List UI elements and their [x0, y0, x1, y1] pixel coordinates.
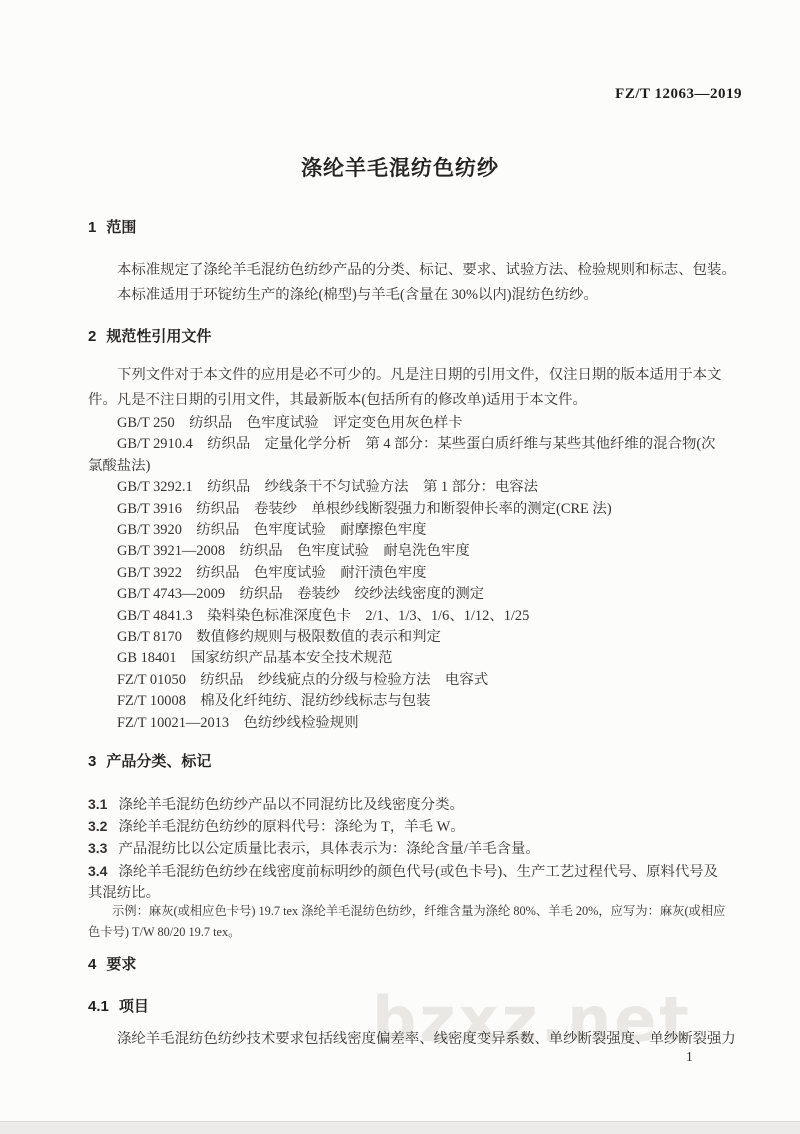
references-list: GB/T 250 纺织品 色牢度试验 评定变色用灰色样卡 GB/T 2910.4… [88, 413, 748, 734]
section-title: 规范性引用文件 [106, 328, 211, 345]
scope-paragraphs: 本标准规定了涤纶羊毛混纺色纺纱产品的分类、标记、要求、试验方法、检验规则和标志、… [88, 258, 748, 308]
scanned-standard-page: { "page": { "standard_code": "FZ/T 12063… [0, 0, 800, 1134]
clause-line: 3.1涤纶羊毛混纺色纺纱产品以不同混纺比及线密度分类。 [88, 794, 748, 816]
section-title: 要求 [106, 956, 136, 973]
clause-line: 3.3产品混纺比以公定质量比表示，具体表示为：涤纶含量/羊毛含量。 [88, 838, 748, 860]
clause-line: 3.4涤纶羊毛混纺色纺纱在线密度前标明纱的颜色代号(或色卡号)、生产工艺过程代号… [88, 861, 748, 883]
section-3-heading: 3产品分类、标记 [88, 751, 211, 773]
reference-item: GB/T 3920 纺织品 色牢度试验 耐摩擦色牢度 [88, 520, 748, 541]
paragraph-line: 本标准适用于环锭纺生产的涤纶(棉型)与羊毛(含量在 30%以内)混纺色纺纱。 [88, 283, 748, 308]
reference-item: GB/T 4841.3 染料染色标准深度色卡 2/1、1/3、1/6、1/12、… [88, 606, 748, 627]
reference-item: GB/T 250 纺织品 色牢度试验 评定变色用灰色样卡 [88, 413, 748, 434]
clause-text: 涤纶羊毛混纺色纺纱产品以不同混纺比及线密度分类。 [118, 797, 463, 813]
example-line: 色卡号) T/W 80/20 19.7 tex。 [88, 922, 748, 943]
section-title: 项目 [119, 998, 149, 1015]
section-2-heading: 2规范性引用文件 [88, 326, 211, 348]
reference-item: FZ/T 10021—2013 色纺纱线检验规则 [88, 713, 748, 734]
document-title: 涤纶羊毛混纺色纺纱 [0, 152, 800, 182]
clause-text: 涤纶羊毛混纺色纺纱在线密度前标明纱的颜色代号(或色卡号)、生产工艺过程代号、原料… [118, 864, 718, 880]
section-number: 1 [88, 217, 96, 239]
reference-item: FZ/T 01050 纺织品 纱线疵点的分级与检验方法 电容式 [88, 670, 748, 691]
clause-number: 3.1 [88, 796, 107, 812]
example-block: 示例：麻灰(或相应色卡号) 19.7 tex 涤纶羊毛混纺色纺纱，纤维含量为涤纶… [88, 901, 748, 943]
section-title: 范围 [106, 219, 136, 236]
page-number: 1 [686, 1049, 693, 1065]
requirements-body: 涤纶羊毛混纺色纺纱技术要求包括线密度偏差率、线密度变异系数、单纱断裂强度、单纱断… [88, 1028, 748, 1050]
reference-item: GB/T 2910.4 纺织品 定量化学分析 第 4 部分：某些蛋白质纤维与某些… [88, 434, 748, 455]
section-1-heading: 1范围 [88, 217, 136, 239]
paragraph-line: 件。凡是不注日期的引用文件，其最新版本(包括所有的修改单)适用于本文件。 [88, 388, 748, 413]
clause-number: 3.2 [88, 818, 107, 834]
clause-text: 涤纶羊毛混纺色纺纱的原料代号：涤纶为 T，羊毛 W。 [118, 819, 464, 835]
reference-item: GB 18401 国家纺织产品基本安全技术规范 [88, 648, 748, 669]
reference-item: GB/T 4743—2009 纺织品 卷装纱 绞纱法线密度的测定 [88, 584, 748, 605]
paragraph-line: 涤纶羊毛混纺色纺纱技术要求包括线密度偏差率、线密度变异系数、单纱断裂强度、单纱断… [88, 1028, 748, 1050]
standard-code: FZ/T 12063—2019 [615, 86, 742, 103]
section-number: 3 [88, 751, 96, 773]
reference-item-continuation: 氯酸盐法) [88, 456, 748, 477]
clause-number: 3.4 [88, 863, 107, 879]
references-intro: 下列文件对于本文件的应用是必不可少的。凡是注日期的引用文件，仅注日期的版本适用于… [88, 363, 748, 413]
section-number: 4.1 [88, 996, 109, 1018]
section-number: 2 [88, 326, 96, 348]
scan-bottom-edge [0, 1121, 800, 1134]
reference-item: GB/T 3292.1 纺织品 纱线条干不匀试验方法 第 1 部分：电容法 [88, 477, 748, 498]
paragraph-line: 本标准规定了涤纶羊毛混纺色纺纱产品的分类、标记、要求、试验方法、检验规则和标志、… [88, 258, 748, 283]
section-title: 产品分类、标记 [106, 753, 211, 770]
reference-item: GB/T 3922 纺织品 色牢度试验 耐汗渍色牢度 [88, 563, 748, 584]
reference-item: FZ/T 10008 棉及化纤纯纺、混纺纱线标志与包装 [88, 691, 748, 712]
clause-line: 3.2涤纶羊毛混纺色纺纱的原料代号：涤纶为 T，羊毛 W。 [88, 816, 748, 838]
reference-item: GB/T 3921—2008 纺织品 色牢度试验 耐皂洗色牢度 [88, 541, 748, 562]
section-number: 4 [88, 954, 96, 976]
section-4-heading: 4要求 [88, 954, 136, 976]
clause-text: 产品混纺比以公定质量比表示，具体表示为：涤纶含量/羊毛含量。 [118, 841, 539, 857]
clause-number: 3.3 [88, 840, 107, 856]
reference-item: GB/T 3916 纺织品 卷装纱 单根纱线断裂强力和断裂伸长率的测定(CRE … [88, 499, 748, 520]
example-line: 示例：麻灰(或相应色卡号) 19.7 tex 涤纶羊毛混纺色纺纱，纤维含量为涤纶… [88, 901, 748, 922]
classification-clauses: 3.1涤纶羊毛混纺色纺纱产品以不同混纺比及线密度分类。 3.2涤纶羊毛混纺色纺纱… [88, 794, 748, 904]
section-4-1-heading: 4.1项目 [88, 996, 149, 1018]
reference-item: GB/T 8170 数值修约规则与极限数值的表示和判定 [88, 627, 748, 648]
paragraph-line: 下列文件对于本文件的应用是必不可少的。凡是注日期的引用文件，仅注日期的版本适用于… [88, 363, 748, 388]
